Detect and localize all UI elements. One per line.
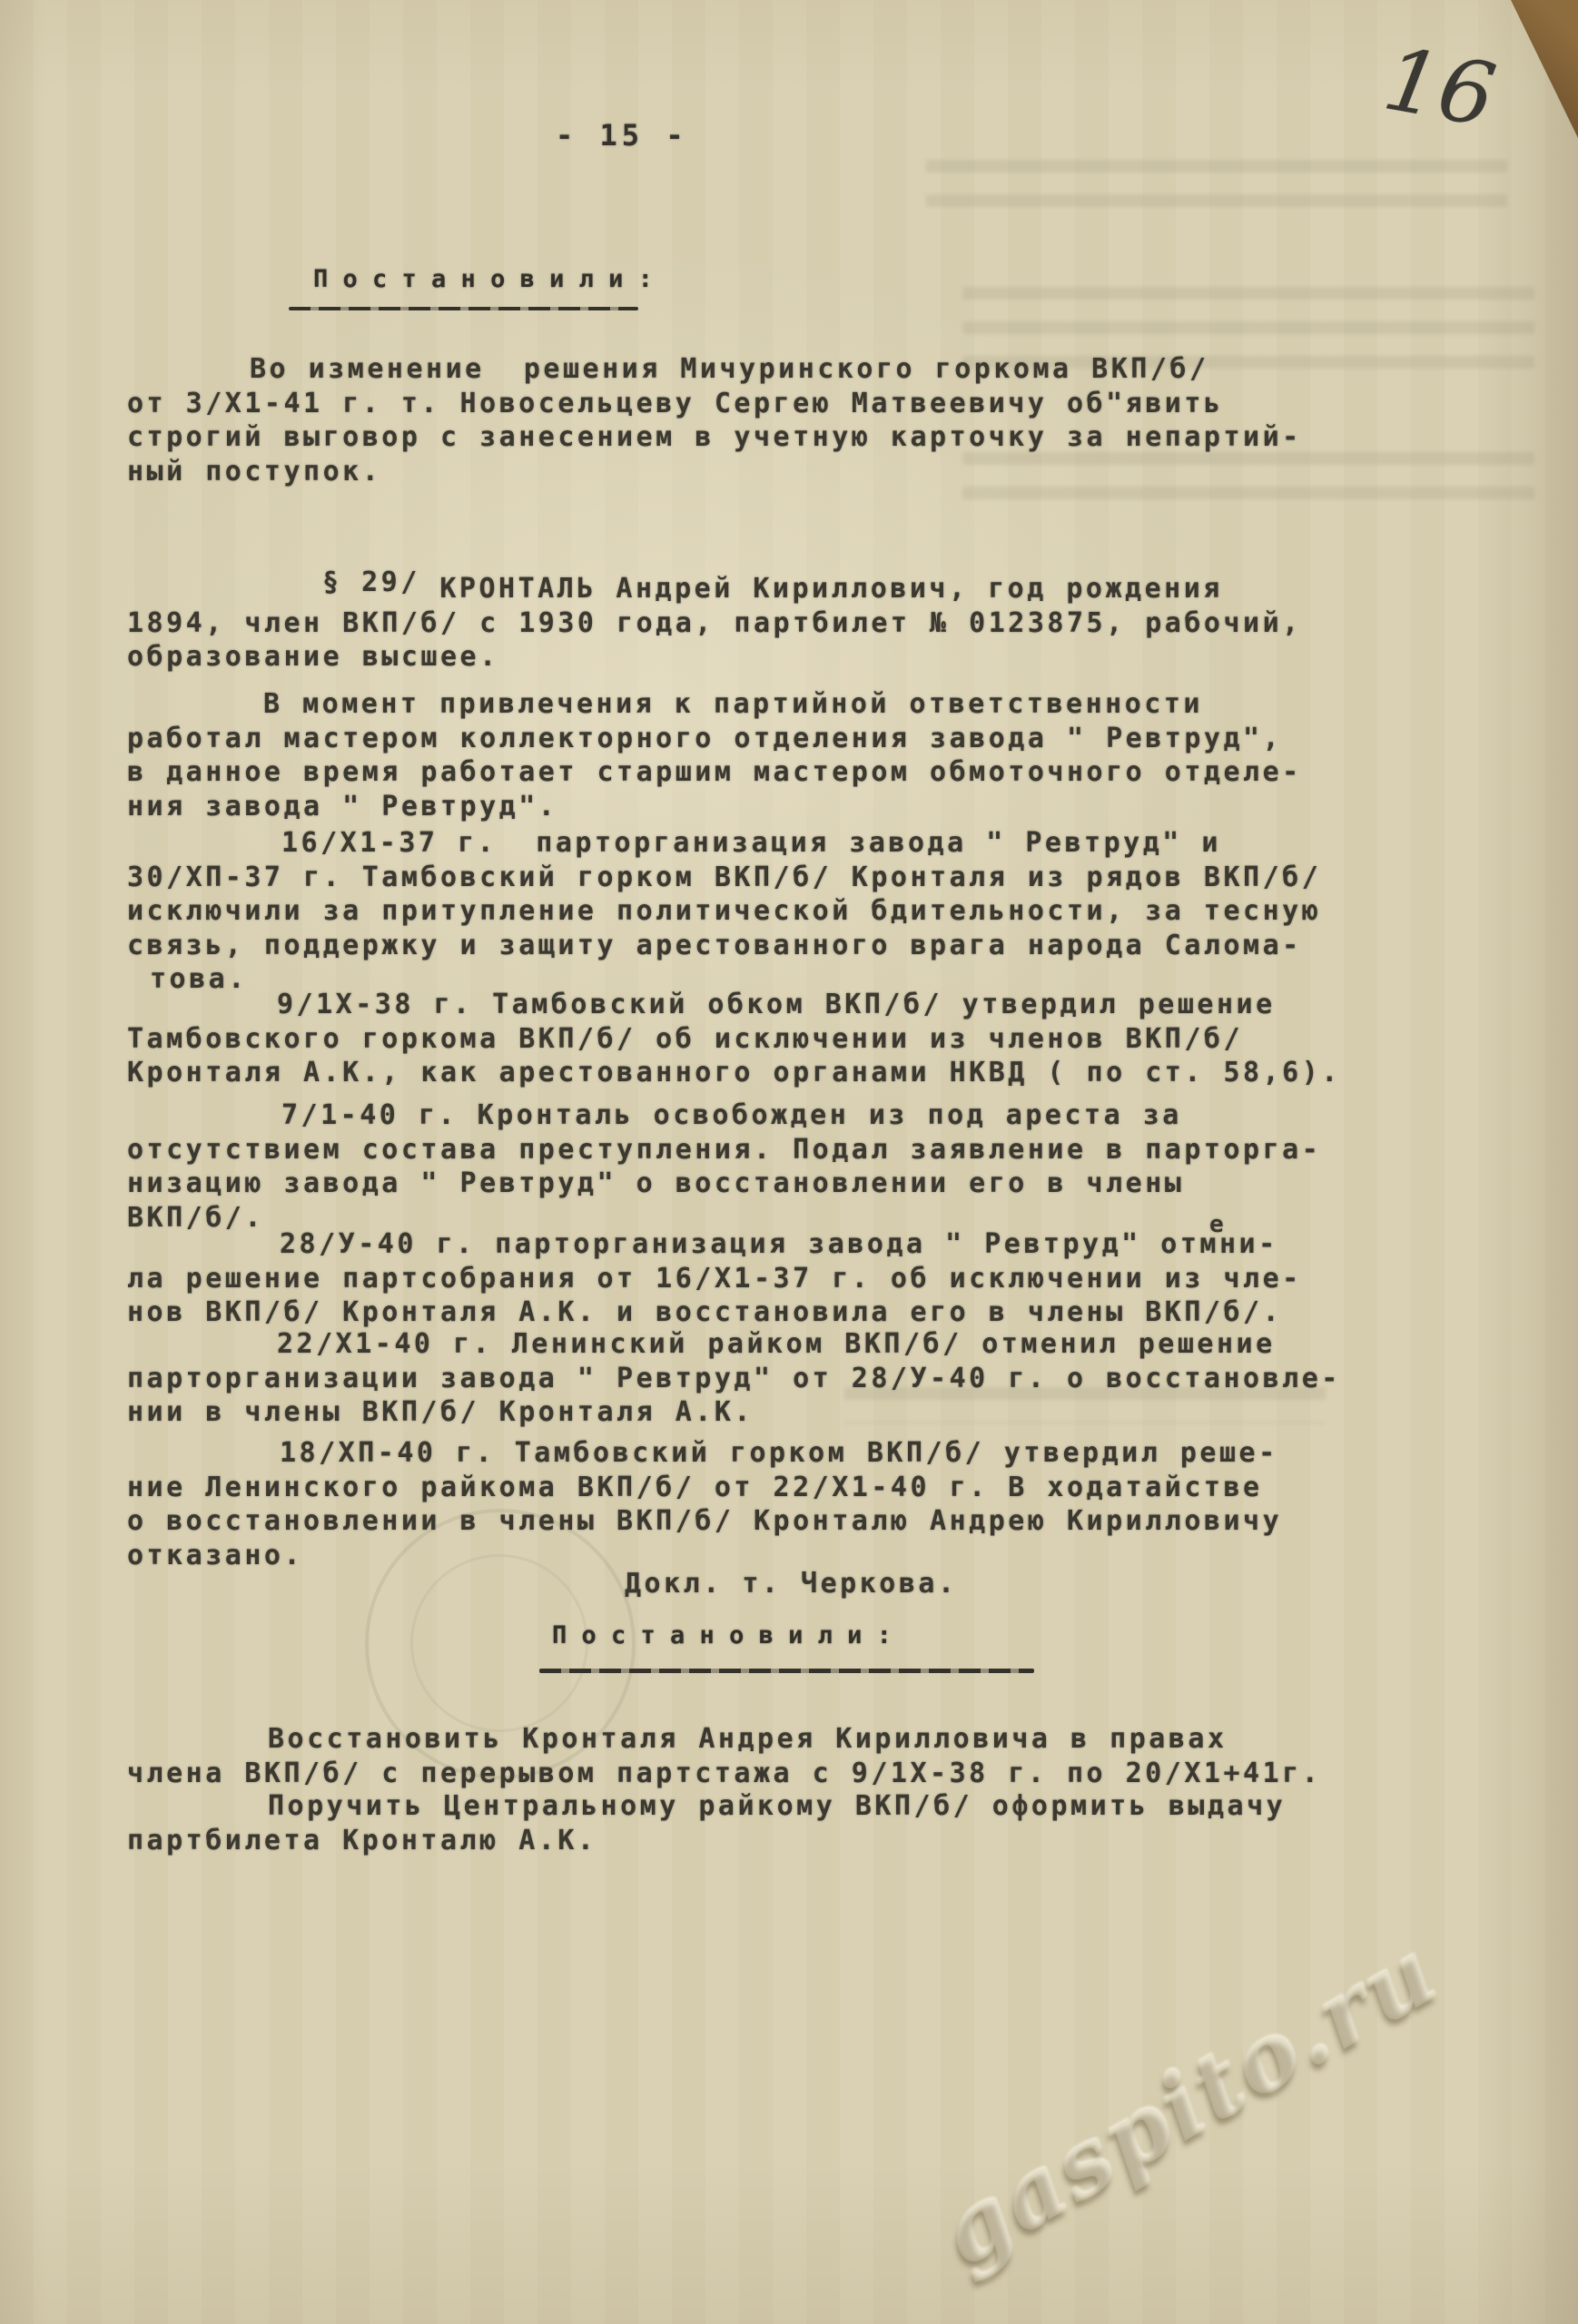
paragraph-raikom-nov-1940: 22/Х1-40 г. Ленинский райком ВКП/б/ отме… bbox=[127, 1327, 1507, 1430]
paragraph-obkom-1938: 9/1Х-38 г. Тамбовский обком ВКП/б/ утвер… bbox=[127, 988, 1507, 1090]
typed-correction-superscript: е bbox=[1209, 1211, 1224, 1238]
text-line: ный поступок. bbox=[127, 455, 1507, 489]
text-line: 1894, член ВКП/б/ с 1930 года, партбилет… bbox=[127, 606, 1507, 641]
text-line: 18/ХП-40 г. Тамбовский горком ВКП/б/ утв… bbox=[127, 1436, 1507, 1471]
text-line: нии в члены ВКП/б/ Кронталя А.К. bbox=[127, 1395, 1507, 1430]
text-line: исключили за притупление политической бд… bbox=[127, 894, 1507, 929]
text-line: Поручить Центральному райкому ВКП/б/ офо… bbox=[127, 1789, 1507, 1824]
paragraph-gorkom-dec-1940: 18/ХП-40 г. Тамбовский горком ВКП/б/ утв… bbox=[127, 1436, 1507, 1572]
text-line: образование высшее. bbox=[127, 640, 1507, 675]
text-line: нов ВКП/б/ Кронталя А.К. и восстановила … bbox=[127, 1295, 1507, 1330]
text-line: Во изменение решения Мичуринского горком… bbox=[127, 352, 1507, 387]
text-line: Кронталя А.К., как арестованного органам… bbox=[127, 1056, 1507, 1090]
text-line: члена ВКП/б/ с перерывом партстажа с 9/1… bbox=[127, 1757, 1507, 1791]
text-line: § 29/ КРОНТАЛЬ Андрей Кириллович, год ро… bbox=[127, 572, 1507, 606]
text-line: 30/ХП-37 г. Тамбовский горком ВКП/б/ Кро… bbox=[127, 861, 1507, 895]
archive-watermark: gaspito.ru bbox=[922, 1916, 1456, 2288]
text-line: связь, поддержку и защиту арестованного … bbox=[127, 929, 1507, 963]
text-line: парторганизации завода " Ревтруд" от 28/… bbox=[127, 1362, 1507, 1396]
section-mark: § 29/ bbox=[322, 566, 420, 598]
paragraph-release-1940: 7/1-40 г. Кронталь освобожден из под аре… bbox=[127, 1098, 1507, 1235]
text-line: от 3/Х1-41 г. т. Новосельцеву Сергею Мат… bbox=[127, 387, 1507, 421]
heading-resolved-1: П о с т а н о в и л и : bbox=[313, 265, 653, 293]
paragraph-expulsion-1937: 16/Х1-37 г. парторганизация завода " Рев… bbox=[127, 826, 1507, 997]
page-number-handwritten: 16 bbox=[1376, 29, 1502, 146]
text-line: отсутствием состава преступления. Подал … bbox=[127, 1133, 1507, 1167]
paragraph-decision-1: Во изменение решения Мичуринского горком… bbox=[127, 352, 1507, 488]
heading-underline-1 bbox=[289, 307, 638, 310]
text-line: КРОНТАЛЬ Андрей Кириллович, год рождения bbox=[420, 573, 1223, 605]
document-page: - 15 - 16 П о с т а н о в и л и : Во изм… bbox=[0, 0, 1578, 2324]
text-line: ние Ленинского райкома ВКП/б/ от 22/Х1-4… bbox=[127, 1471, 1507, 1505]
paragraph-final-decision-1: Восстановить Кронталя Андрея Кирилловича… bbox=[127, 1722, 1507, 1790]
speaker-line: Докл. т. Черкова. bbox=[625, 1568, 958, 1600]
text-line: 9/1Х-38 г. Тамбовский обком ВКП/б/ утвер… bbox=[127, 988, 1507, 1022]
text-line: Тамбовского горкома ВКП/б/ об исключении… bbox=[127, 1022, 1507, 1057]
text-line: 16/Х1-37 г. парторганизация завода " Рев… bbox=[127, 826, 1507, 861]
heading-underline-2 bbox=[539, 1669, 1034, 1673]
text-line: 22/Х1-40 г. Ленинский райком ВКП/б/ отме… bbox=[127, 1327, 1507, 1362]
text-line: ла решение партсобрания от 16/Х1-37 г. о… bbox=[127, 1262, 1507, 1296]
text-line: партбилета Кронталю А.К. bbox=[127, 1824, 1507, 1858]
text-line: В момент привлечения к партийной ответст… bbox=[127, 687, 1507, 722]
paragraph-case-intro: § 29/ КРОНТАЛЬ Андрей Кириллович, год ро… bbox=[127, 572, 1507, 675]
ink-bleed-through bbox=[926, 160, 1507, 216]
text-line: 7/1-40 г. Кронталь освобожден из под аре… bbox=[127, 1098, 1507, 1133]
paragraph-employment: В момент привлечения к партийной ответст… bbox=[127, 687, 1507, 823]
text-line: Восстановить Кронталя Андрея Кирилловича… bbox=[127, 1722, 1507, 1757]
page-number-typed: - 15 - bbox=[556, 118, 688, 153]
text-line: в данное время работает старшим мастером… bbox=[127, 755, 1507, 790]
page-corner-shadow bbox=[1511, 0, 1578, 138]
text-line: о восстановлении в члены ВКП/б/ Кронталю… bbox=[127, 1504, 1507, 1539]
text-line: строгий выговор с занесением в учетную к… bbox=[127, 420, 1507, 455]
paragraph-final-decision-2: Поручить Центральному райкому ВКП/б/ офо… bbox=[127, 1789, 1507, 1857]
heading-resolved-2: П о с т а н о в и л и : bbox=[552, 1621, 892, 1649]
text-line: 28/У-40 г. парторганизация завода " Ревт… bbox=[127, 1227, 1507, 1262]
text-line: работал мастером коллекторного отделения… bbox=[127, 722, 1507, 756]
text-line: низацию завода " Ревтруд" о восстановлен… bbox=[127, 1167, 1507, 1201]
paragraph-reinstate-may-1940: 28/У-40 г. парторганизация завода " Ревт… bbox=[127, 1227, 1507, 1330]
text-line: ния завода " Ревтруд". bbox=[127, 790, 1507, 824]
